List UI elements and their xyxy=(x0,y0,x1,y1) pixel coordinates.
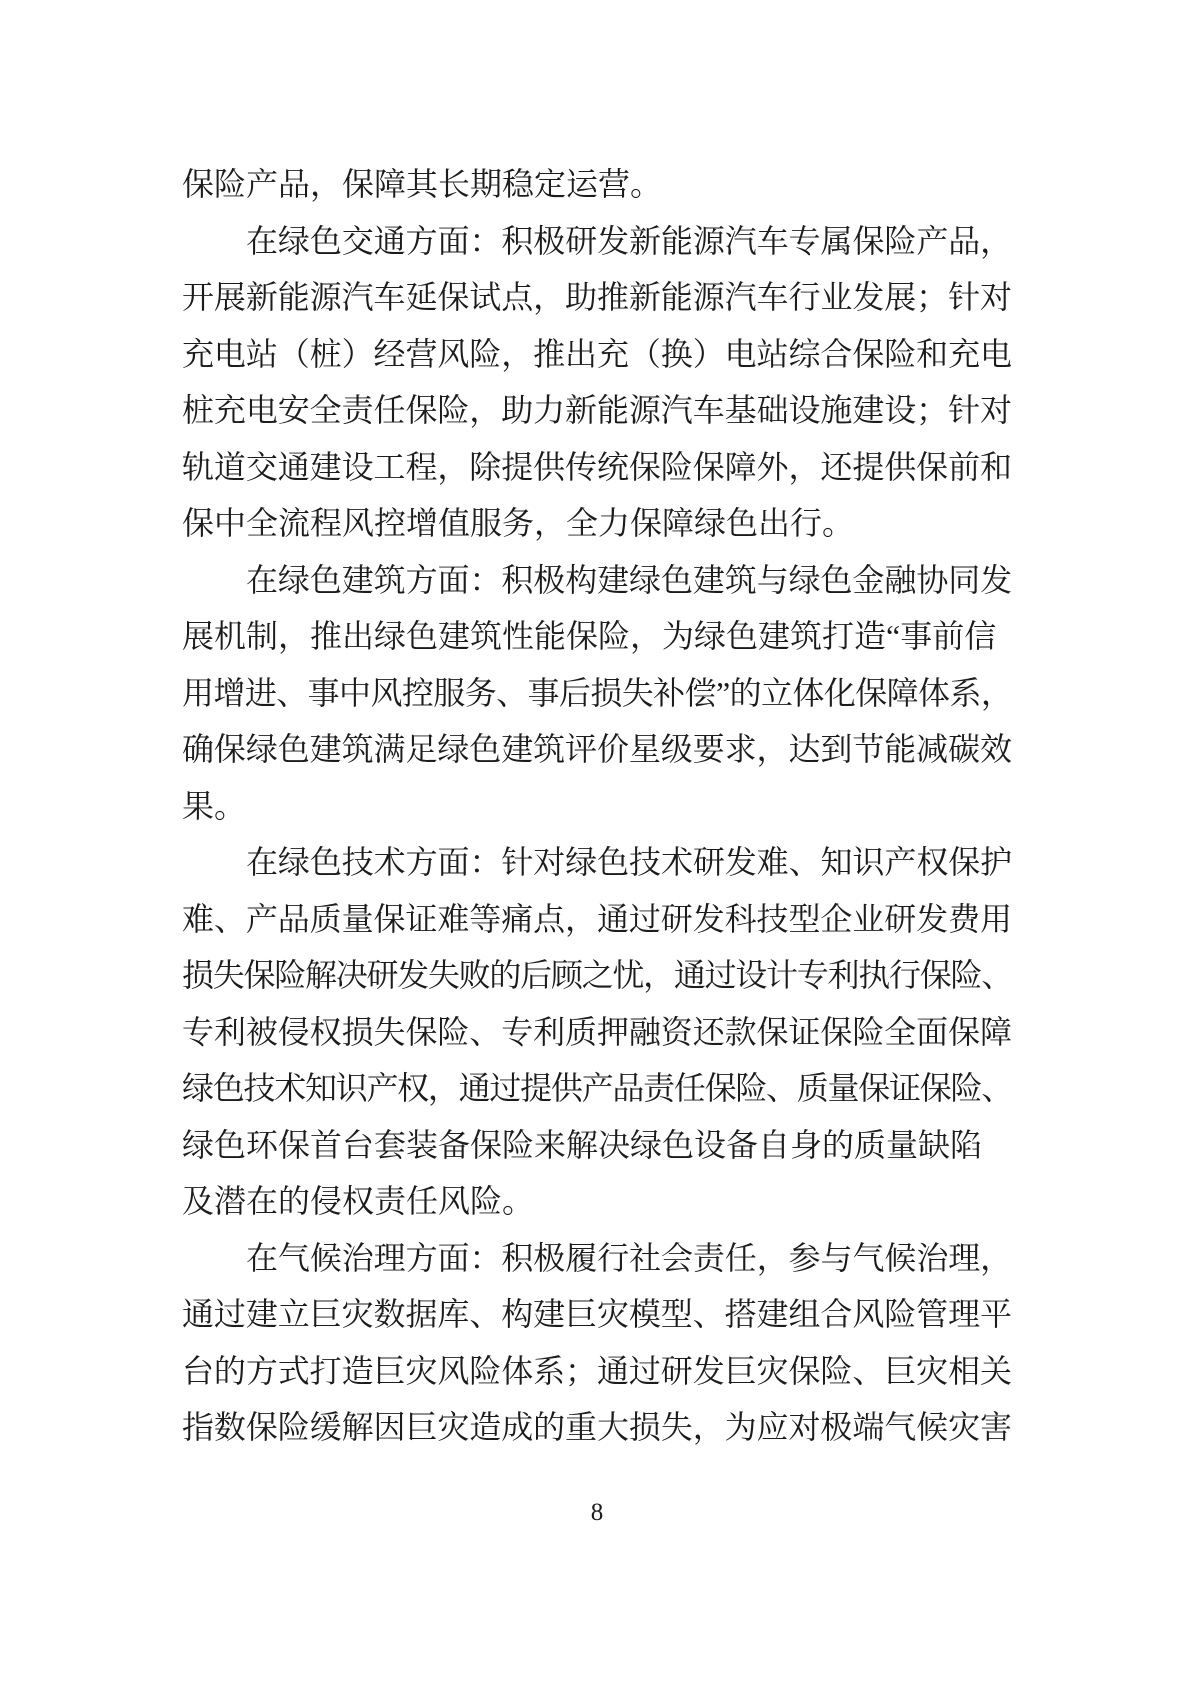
text-line: 及潜在的侵权责任风险。 xyxy=(182,1173,1012,1230)
document-page: 保险产品，保障其长期稳定运营。在绿色交通方面：积极研发新能源汽车专属保险产品，开… xyxy=(0,0,1199,1696)
text-line: 损失保险解决研发失败的后顾之忧，通过设计专利执行保险、 xyxy=(182,947,1012,1004)
text-line: 难、产品质量保证难等痛点，通过研发科技型企业研发费用 xyxy=(182,891,1012,948)
text-line: 在绿色建筑方面：积极构建绿色建筑与绿色金融协同发 xyxy=(182,552,1012,609)
text-line: 在绿色技术方面：针对绿色技术研发难、知识产权保护 xyxy=(182,834,1012,891)
text-line: 台的方式打造巨灾风险体系；通过研发巨灾保险、巨灾相关 xyxy=(182,1343,1012,1400)
text-line: 充电站（桩）经营风险，推出充（换）电站综合保险和充电 xyxy=(182,326,1012,383)
text-line: 轨道交通建设工程，除提供传统保险保障外，还提供保前和 xyxy=(182,439,1012,496)
text-line: 通过建立巨灾数据库、构建巨灾模型、搭建组合风险管理平 xyxy=(182,1286,1012,1343)
text-line: 指数保险缓解因巨灾造成的重大损失，为应对极端气候灾害 xyxy=(182,1399,1012,1456)
text-line: 在绿色交通方面：积极研发新能源汽车专属保险产品， xyxy=(182,213,1012,270)
document-body-text: 保险产品，保障其长期稳定运营。在绿色交通方面：积极研发新能源汽车专属保险产品，开… xyxy=(182,156,1012,1456)
text-line: 展机制，推出绿色建筑性能保险，为绿色建筑打造“事前信 xyxy=(182,608,1012,665)
text-line: 保险产品，保障其长期稳定运营。 xyxy=(182,156,1012,213)
text-line: 绿色环保首台套装备保险来解决绿色设备自身的质量缺陷 xyxy=(182,1117,1012,1174)
text-line: 桩充电安全责任保险，助力新能源汽车基础设施建设；针对 xyxy=(182,382,1012,439)
text-line: 保中全流程风控增值服务，全力保障绿色出行。 xyxy=(182,495,1012,552)
text-line: 专利被侵权损失保险、专利质押融资还款保证保险全面保障 xyxy=(182,1004,1012,1061)
text-line: 开展新能源汽车延保试点，助推新能源汽车行业发展；针对 xyxy=(182,269,1012,326)
text-line: 确保绿色建筑满足绿色建筑评价星级要求，达到节能减碳效 xyxy=(182,721,1012,778)
text-line: 用增进、事中风控服务、事后损失补偿”的立体化保障体系， xyxy=(182,665,1012,722)
text-line: 绿色技术知识产权，通过提供产品责任保险、质量保证保险、 xyxy=(182,1060,1012,1117)
text-line: 果。 xyxy=(182,778,1012,835)
page-number: 8 xyxy=(182,1496,1012,1530)
text-line: 在气候治理方面：积极履行社会责任，参与气候治理， xyxy=(182,1230,1012,1287)
